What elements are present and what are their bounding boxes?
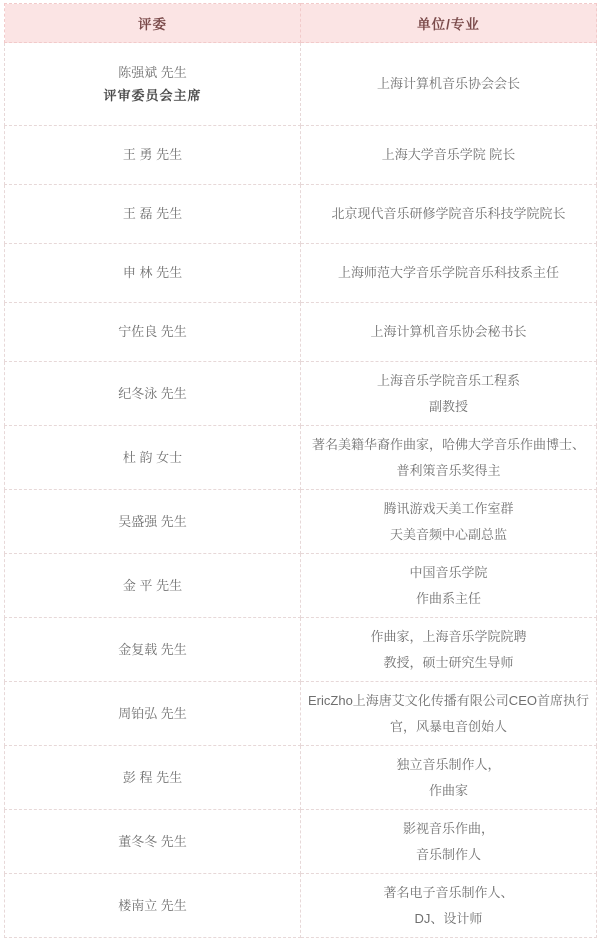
judge-name: 纪冬泳 先生: [5, 381, 300, 407]
judges-table: 评委 单位/专业 陈强斌 先生 评审委员会主席 上海计算机音乐协会会长 王 勇 …: [4, 3, 597, 938]
affiliation-text: 腾讯游戏天美工作室群: [301, 496, 596, 522]
column-header-judge: 评委: [5, 4, 301, 43]
affiliation-text: 上海师范大学音乐学院音乐科技系主任: [301, 260, 596, 286]
affiliation-text: 教授，硕士研究生导师: [301, 650, 596, 676]
judge-name: 申 林 先生: [5, 260, 300, 286]
table-row: 宁佐良 先生 上海计算机音乐协会秘书长: [5, 303, 597, 362]
affiliation-text: 音乐制作人: [301, 842, 596, 868]
table-header-row: 评委 单位/专业: [5, 4, 597, 43]
judge-name-cell: 申 林 先生: [5, 244, 301, 303]
judge-name-cell: 杜 韵 女士: [5, 426, 301, 490]
affiliation-cell: 作曲家，上海音乐学院院聘 教授，硕士研究生导师: [301, 618, 597, 682]
table-row: 吴盛强 先生 腾讯游戏天美工作室群 天美音频中心副总监: [5, 490, 597, 554]
table-row: 金 平 先生 中国音乐学院 作曲系主任: [5, 554, 597, 618]
affiliation-cell: 北京现代音乐研修学院音乐科技学院院长: [301, 185, 597, 244]
affiliation-text: 北京现代音乐研修学院音乐科技学院院长: [301, 201, 596, 227]
table-row: 申 林 先生 上海师范大学音乐学院音乐科技系主任: [5, 244, 597, 303]
judge-name-cell: 吴盛强 先生: [5, 490, 301, 554]
table-row: 周铂弘 先生 EricZho上海唐艾文化传播有限公司CEO首席执行 官，风暴电音…: [5, 682, 597, 746]
judge-name: 陈强斌 先生: [5, 61, 300, 84]
judge-name-cell: 陈强斌 先生 评审委员会主席: [5, 43, 301, 126]
affiliation-cell: 上海音乐学院音乐工程系 副教授: [301, 362, 597, 426]
affiliation-text: EricZho上海唐艾文化传播有限公司CEO首席执行: [301, 688, 596, 714]
judge-name-cell: 董冬冬 先生: [5, 810, 301, 874]
judge-name-cell: 纪冬泳 先生: [5, 362, 301, 426]
affiliation-text: 作曲家，上海音乐学院院聘: [301, 624, 596, 650]
table-row: 王 勇 先生 上海大学音乐学院 院长: [5, 126, 597, 185]
table-row: 陈强斌 先生 评审委员会主席 上海计算机音乐协会会长: [5, 43, 597, 126]
affiliation-cell: 腾讯游戏天美工作室群 天美音频中心副总监: [301, 490, 597, 554]
affiliation-cell: EricZho上海唐艾文化传播有限公司CEO首席执行 官，风暴电音创始人: [301, 682, 597, 746]
affiliation-text: 普利策音乐奖得主: [301, 458, 596, 484]
affiliation-cell: 著名电子音乐制作人、 DJ、设计师: [301, 874, 597, 938]
affiliation-text: 官，风暴电音创始人: [301, 714, 596, 740]
judge-name: 宁佐良 先生: [5, 319, 300, 345]
table-row: 董冬冬 先生 影视音乐作曲， 音乐制作人: [5, 810, 597, 874]
column-header-affiliation: 单位/专业: [301, 4, 597, 43]
judge-name: 董冬冬 先生: [5, 829, 300, 855]
affiliation-text: 天美音频中心副总监: [301, 522, 596, 548]
table-row: 纪冬泳 先生 上海音乐学院音乐工程系 副教授: [5, 362, 597, 426]
affiliation-text: 作曲家: [301, 778, 596, 804]
judge-name-cell: 金复载 先生: [5, 618, 301, 682]
affiliation-cell: 上海大学音乐学院 院长: [301, 126, 597, 185]
affiliation-text: 上海计算机音乐协会秘书长: [301, 319, 596, 345]
affiliation-text: 独立音乐制作人，: [301, 752, 596, 778]
judge-name: 王 勇 先生: [5, 142, 300, 168]
affiliation-text: 副教授: [301, 394, 596, 420]
affiliation-text: 著名美籍华裔作曲家，哈佛大学音乐作曲博士、: [301, 432, 596, 458]
affiliation-cell: 上海师范大学音乐学院音乐科技系主任: [301, 244, 597, 303]
affiliation-cell: 影视音乐作曲， 音乐制作人: [301, 810, 597, 874]
table-row: 彭 程 先生 独立音乐制作人， 作曲家: [5, 746, 597, 810]
table-row: 杜 韵 女士 著名美籍华裔作曲家，哈佛大学音乐作曲博士、 普利策音乐奖得主: [5, 426, 597, 490]
judge-name-cell: 周铂弘 先生: [5, 682, 301, 746]
affiliation-text: 上海大学音乐学院 院长: [301, 142, 596, 168]
affiliation-text: DJ、设计师: [301, 906, 596, 932]
table-row: 金复载 先生 作曲家，上海音乐学院院聘 教授，硕士研究生导师: [5, 618, 597, 682]
judge-name-cell: 王 勇 先生: [5, 126, 301, 185]
judge-name: 王 磊 先生: [5, 201, 300, 227]
affiliation-text: 上海计算机音乐协会会长: [301, 71, 596, 97]
judge-name: 彭 程 先生: [5, 765, 300, 791]
judge-name: 吴盛强 先生: [5, 509, 300, 535]
affiliation-cell: 著名美籍华裔作曲家，哈佛大学音乐作曲博士、 普利策音乐奖得主: [301, 426, 597, 490]
judge-name-cell: 金 平 先生: [5, 554, 301, 618]
affiliation-text: 作曲系主任: [301, 586, 596, 612]
affiliation-cell: 中国音乐学院 作曲系主任: [301, 554, 597, 618]
judge-name-cell: 宁佐良 先生: [5, 303, 301, 362]
affiliation-cell: 上海计算机音乐协会会长: [301, 43, 597, 126]
table-row: 楼南立 先生 著名电子音乐制作人、 DJ、设计师: [5, 874, 597, 938]
affiliation-cell: 独立音乐制作人， 作曲家: [301, 746, 597, 810]
affiliation-text: 影视音乐作曲，: [301, 816, 596, 842]
affiliation-text: 中国音乐学院: [301, 560, 596, 586]
judge-name: 金 平 先生: [5, 573, 300, 599]
affiliation-cell: 上海计算机音乐协会秘书长: [301, 303, 597, 362]
article-page: 评委 单位/专业 陈强斌 先生 评审委员会主席 上海计算机音乐协会会长 王 勇 …: [0, 0, 600, 940]
judge-role: 评审委员会主席: [5, 84, 300, 107]
affiliation-text: 著名电子音乐制作人、: [301, 880, 596, 906]
judge-name: 杜 韵 女士: [5, 445, 300, 471]
judge-name-cell: 楼南立 先生: [5, 874, 301, 938]
judge-name: 金复载 先生: [5, 637, 300, 663]
judge-name: 周铂弘 先生: [5, 701, 300, 727]
judge-name: 楼南立 先生: [5, 893, 300, 919]
table-row: 王 磊 先生 北京现代音乐研修学院音乐科技学院院长: [5, 185, 597, 244]
affiliation-text: 上海音乐学院音乐工程系: [301, 368, 596, 394]
judge-name-cell: 彭 程 先生: [5, 746, 301, 810]
judge-name-cell: 王 磊 先生: [5, 185, 301, 244]
